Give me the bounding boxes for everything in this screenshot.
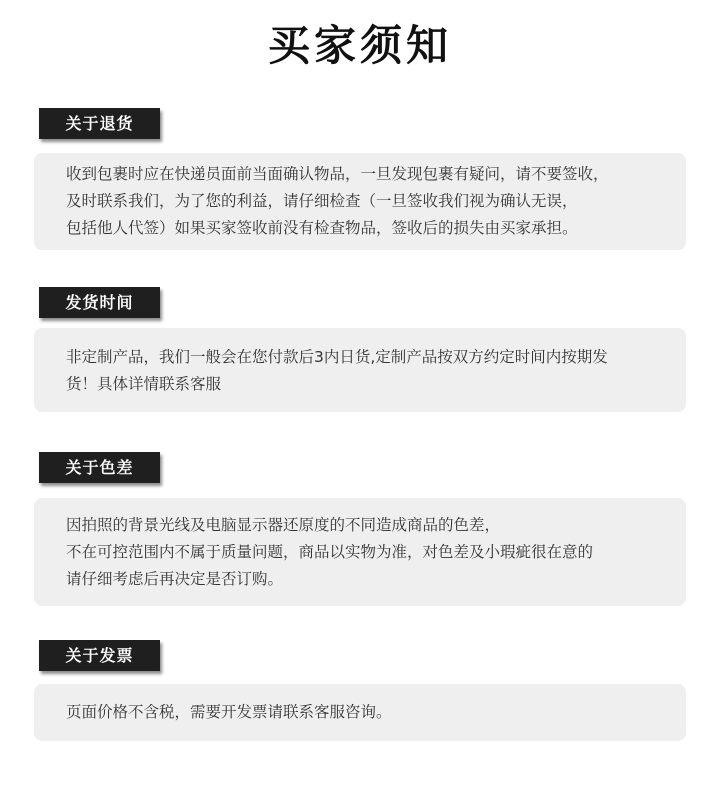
text-line: 非定制产品，我们一般会在您付款后3内日货,定制产品按双方约定时间内按期发 [66,344,666,371]
section-body-shipping-time: 非定制产品，我们一般会在您付款后3内日货,定制产品按双方约定时间内按期发 货！具… [34,328,686,412]
text-line: 货！具体详情联系客服 [66,371,666,398]
text-line: 及时联系我们，为了您的利益，请仔细检查（一旦签收我们视为确认无误， [66,188,666,215]
section-body-returns: 收到包裹时应在快递员面前当面确认物品，一旦发现包裹有疑问，请不要签收， 及时联系… [34,153,686,250]
section-label-color-difference: 关于色差 [39,452,160,483]
section-label-returns: 关于退货 [39,108,160,139]
section-body-color-difference: 因拍照的背景光线及电脑显示器还原度的不同造成商品的色差， 不在可控范围内不属于质… [34,498,686,606]
text-line: 不在可控范围内不属于质量问题，商品以实物为准，对色差及小瑕疵很在意的 [66,539,666,566]
section-label-shipping-time: 发货时间 [39,287,160,318]
text-line: 请仔细考虑后再决定是否订购。 [66,566,666,593]
text-line: 页面价格不含税，需要开发票请联系客服咨询。 [66,699,666,726]
text-line: 因拍照的背景光线及电脑显示器还原度的不同造成商品的色差， [66,512,666,539]
page-title: 买家须知 [0,18,720,74]
text-line: 收到包裹时应在快递员面前当面确认物品，一旦发现包裹有疑问，请不要签收， [66,161,666,188]
section-body-invoice: 页面价格不含税，需要开发票请联系客服咨询。 [34,684,686,741]
text-line: 包括他人代签）如果买家签收前没有检查物品，签收后的损失由买家承担。 [66,215,666,242]
section-label-invoice: 关于发票 [39,640,160,671]
